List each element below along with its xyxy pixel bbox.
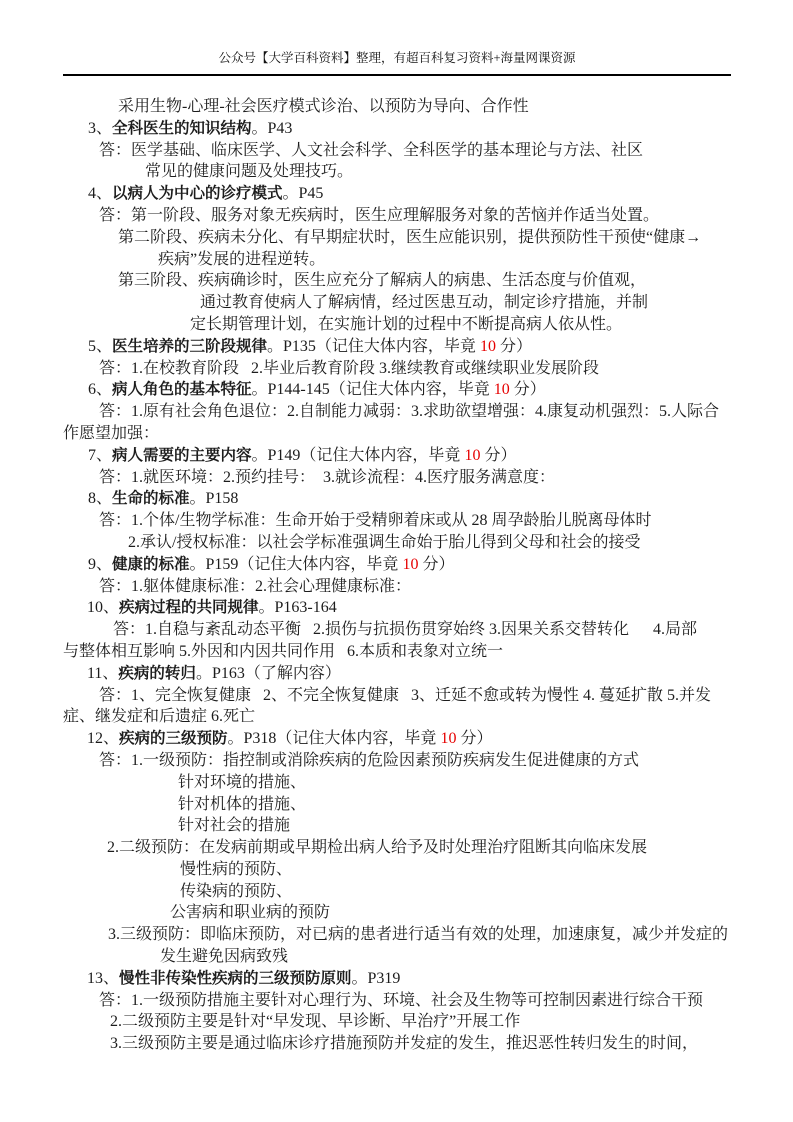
text-segment: 答：第一阶段、服务对象无疾病时，医生应理解服务对象的苦恼并作适当处置。 — [99, 207, 659, 224]
text-line: 答：1.一级预防：指控制或消除疾病的危险因素预防疾病发生促进健康的方式 — [63, 750, 763, 772]
text-line: 答：医学基础、临床医学、人文社会科学、全科医学的基本理论与方法、社区 — [63, 140, 763, 162]
text-segment: 采用生物-心理-社会医疗模式诊治、以预防为导向、合作性 — [118, 98, 529, 115]
text-line: 5、医生培养的三阶段规律。P135（记住大体内容，毕竟 10 分） — [63, 336, 763, 358]
text-line: 第二阶段、疾病未分化、有早期症状时，医生应能识别，提供预防性干预使“健康→ — [63, 227, 763, 249]
header-divider — [63, 74, 731, 76]
text-line: 9、健康的标准。P159（记住大体内容，毕竟 10 分） — [63, 554, 763, 576]
text-segment: 答：1.个体/生物学标准：生命开始于受精卵着床或从 28 周孕龄胎儿脱离母体时 — [99, 512, 651, 529]
text-line: 通过教育使病人了解病情，经过医患互动，制定诊疗措施，并制 — [63, 292, 763, 314]
text-line: 3.三级预防：即临床预防，对已病的患者进行适当有效的处理，加速康复，减少并发症的 — [63, 924, 763, 946]
text-line: 定长期管理计划，在实施计划的过程中不断提高病人依从性。 — [63, 314, 763, 336]
text-segment: 慢性病的预防、 — [180, 861, 292, 878]
text-segment: 答：1.原有社会角色退位：2.自制能力减弱：3.求助欲望增强：4.康复动机强烈：… — [99, 403, 719, 420]
text-line: 发生避免因病致残 — [63, 946, 763, 968]
text-line: 与整体相互影响 5.外因和内因共同作用 6.本质和表象对立统一 — [63, 641, 763, 663]
text-segment: 发生避免因病致残 — [160, 948, 288, 965]
text-line: 答：1.自稳与紊乱动态平衡 2.损伤与抗损伤贯穿始终 3.因果关系交替转化 4.… — [63, 619, 763, 641]
question-title-text: 病人角色的基本特征 — [112, 381, 252, 398]
text-segment: 分） — [510, 381, 546, 398]
text-segment: 传染病的预防、 — [180, 883, 292, 900]
text-line: 8、生命的标准。P158 — [63, 488, 763, 510]
question-title-text: 疾病过程的共同规律 — [119, 599, 259, 616]
text-segment: 3.三级预防：即临床预防，对已病的患者进行适当有效的处理，加速康复，减少并发症的 — [108, 926, 728, 943]
text-segment: 8、 — [88, 490, 112, 507]
text-line: 答：1.就医环境：2.预约挂号： 3.就诊流程：4.医疗服务满意度： — [63, 467, 763, 489]
text-line: 12、疾病的三级预防。P318（记住大体内容，毕竟 10 分） — [63, 728, 763, 750]
text-segment: 。P163-164 — [259, 599, 337, 616]
text-segment: 答：1.一级预防措施主要针对心理行为、环境、社会及生物等可控制因素进行综合干预 — [99, 992, 703, 1009]
text-segment: 。P158 — [190, 490, 239, 507]
text-segment: 2.二级预防：在发病前期或早期检出病人给予及时处理治疗阻断其向临床发展 — [107, 839, 647, 856]
text-segment: 第二阶段、疾病未分化、有早期症状时，医生应能识别，提供预防性干预使“健康→ — [118, 229, 701, 246]
text-segment: 。P45 — [283, 185, 324, 202]
text-segment: 分） — [418, 556, 454, 573]
text-line: 常见的健康问题及处理技巧。 — [63, 161, 763, 183]
text-segment: 答：1.一级预防：指控制或消除疾病的危险因素预防疾病发生促进健康的方式 — [99, 752, 639, 769]
text-segment: 答：1.自稳与紊乱动态平衡 2.损伤与抗损伤贯穿始终 3.因果关系交替转化 4.… — [113, 621, 697, 638]
score-highlight-text: 10 — [480, 338, 496, 355]
text-segment: 答：1.躯体健康标准：2.社会心理健康标准： — [99, 578, 411, 595]
text-line: 答：1、完全恢复健康 2、不完全恢复健康 3、迁延不愈或转为慢性 4. 蔓延扩散… — [63, 685, 763, 707]
text-segment: 分） — [480, 447, 516, 464]
question-title-text: 医生培养的三阶段规律 — [112, 338, 267, 355]
text-segment: 。P163（了解内容） — [196, 665, 341, 682]
text-segment: 针对机体的措施、 — [178, 796, 306, 813]
text-segment: 11、 — [87, 665, 118, 682]
text-segment: 答：医学基础、临床医学、人文社会科学、全科医学的基本理论与方法、社区 — [99, 142, 643, 159]
score-highlight-text: 10 — [464, 447, 480, 464]
question-title-text: 生命的标准 — [112, 490, 190, 507]
text-segment: 13、 — [87, 970, 119, 987]
text-segment: 9、 — [88, 556, 112, 573]
question-title-text: 病人需要的主要内容 — [112, 447, 252, 464]
text-segment: 4、 — [88, 185, 112, 202]
text-line: 答：1.躯体健康标准：2.社会心理健康标准： — [63, 576, 763, 598]
text-segment: 。P318（记住大体内容，毕竟 — [228, 730, 441, 747]
text-line: 2.二级预防主要是针对“早发现、早诊断、早治疗”开展工作 — [63, 1011, 763, 1033]
text-segment: 。P159（记住大体内容，毕竟 — [190, 556, 403, 573]
text-line: 3.三级预防主要是通过临床诊疗措施预防并发症的发生，推迟恶性转归发生的时间， — [63, 1033, 763, 1055]
text-line: 传染病的预防、 — [63, 881, 763, 903]
text-segment: 3.三级预防主要是通过临床诊疗措施预防并发症的发生，推迟恶性转归发生的时间， — [110, 1035, 698, 1052]
text-segment: 针对环境的措施、 — [178, 774, 306, 791]
text-segment: 答：1.就医环境：2.预约挂号： 3.就诊流程：4.医疗服务满意度： — [99, 469, 555, 486]
question-title-text: 疾病的转归 — [118, 665, 196, 682]
text-line: 6、病人角色的基本特征。P144-145（记住大体内容，毕竟 10 分） — [63, 379, 763, 401]
text-line: 答：第一阶段、服务对象无疾病时，医生应理解服务对象的苦恼并作适当处置。 — [63, 205, 763, 227]
text-line: 症、继发症和后遗症 6.死亡 — [63, 706, 763, 728]
text-line: 答：1.一级预防措施主要针对心理行为、环境、社会及生物等可控制因素进行综合干预 — [63, 990, 763, 1012]
score-highlight-text: 10 — [440, 730, 456, 747]
score-highlight-text: 10 — [402, 556, 418, 573]
question-title-text: 全科医生的知识结构 — [112, 120, 252, 137]
text-segment: 2.承认/授权标准：以社会学标准强调生命始于胎儿得到父母和社会的接受 — [128, 534, 640, 551]
text-line: 针对机体的措施、 — [63, 794, 763, 816]
text-line: 2.二级预防：在发病前期或早期检出病人给予及时处理治疗阻断其向临床发展 — [63, 837, 763, 859]
text-segment: 。P319 — [352, 970, 401, 987]
text-line: 针对环境的措施、 — [63, 772, 763, 794]
text-segment: 12、 — [87, 730, 119, 747]
text-line: 13、慢性非传染性疾病的三级预防原则。P319 — [63, 968, 763, 990]
text-line: 针对社会的措施 — [63, 815, 763, 837]
text-line: 11、疾病的转归。P163（了解内容） — [63, 663, 763, 685]
text-segment: 答：1.在校教育阶段 2.毕业后教育阶段 3.继续教育或继续职业发展阶段 — [99, 360, 599, 377]
text-segment: 常见的健康问题及处理技巧。 — [145, 163, 353, 180]
text-segment: 。P149（记住大体内容，毕竟 — [252, 447, 465, 464]
document-page: 公众号【大学百科资料】整理，有超百科复习资料+海量网课资源 采用生物-心理-社会… — [0, 0, 793, 1122]
text-segment: 。P144-145（记住大体内容，毕竟 — [252, 381, 494, 398]
text-segment: 7、 — [88, 447, 112, 464]
text-line: 答：1.原有社会角色退位：2.自制能力减弱：3.求助欲望增强：4.康复动机强烈：… — [63, 401, 763, 423]
text-line: 疾病”发展的进程逆转。 — [63, 249, 763, 271]
text-segment: 。P135（记住大体内容，毕竟 — [267, 338, 480, 355]
text-segment: 疾病”发展的进程逆转。 — [158, 251, 325, 268]
text-segment: 公害病和职业病的预防 — [170, 904, 330, 921]
text-segment: 答：1、完全恢复健康 2、不完全恢复健康 3、迁延不愈或转为慢性 4. 蔓延扩散… — [99, 687, 711, 704]
text-line: 答：1.个体/生物学标准：生命开始于受精卵着床或从 28 周孕龄胎儿脱离母体时 — [63, 510, 763, 532]
text-line: 公害病和职业病的预防 — [63, 902, 763, 924]
question-title-text: 疾病的三级预防 — [119, 730, 228, 747]
question-title-text: 慢性非传染性疾病的三级预防原则 — [119, 970, 352, 987]
document-body: 采用生物-心理-社会医疗模式诊治、以预防为导向、合作性3、全科医生的知识结构。P… — [63, 96, 763, 1055]
text-line: 第三阶段、疾病确诊时，医生应充分了解病人的病患、生活态度与价值观， — [63, 270, 763, 292]
text-segment: 。P43 — [252, 120, 293, 137]
question-title-text: 健康的标准 — [112, 556, 190, 573]
text-segment: 2.二级预防主要是针对“早发现、早诊断、早治疗”开展工作 — [110, 1013, 520, 1030]
text-line: 慢性病的预防、 — [63, 859, 763, 881]
text-segment: 症、继发症和后遗症 6.死亡 — [63, 708, 255, 725]
text-segment: 作愿望加强： — [63, 425, 159, 442]
text-line: 3、全科医生的知识结构。P43 — [63, 118, 763, 140]
text-line: 4、以病人为中心的诊疗模式。P45 — [63, 183, 763, 205]
score-highlight-text: 10 — [494, 381, 510, 398]
text-segment: 5、 — [88, 338, 112, 355]
text-line: 2.承认/授权标准：以社会学标准强调生命始于胎儿得到父母和社会的接受 — [63, 532, 763, 554]
text-segment: 通过教育使病人了解病情，经过医患互动，制定诊疗措施，并制 — [200, 294, 648, 311]
text-line: 答：1.在校教育阶段 2.毕业后教育阶段 3.继续教育或继续职业发展阶段 — [63, 358, 763, 380]
text-line: 10、疾病过程的共同规律。P163-164 — [63, 597, 763, 619]
text-segment: 10、 — [87, 599, 119, 616]
page-header-text: 公众号【大学百科资料】整理，有超百科复习资料+海量网课资源 — [63, 50, 731, 67]
text-segment: 6、 — [88, 381, 112, 398]
text-segment: 定长期管理计划，在实施计划的过程中不断提高病人依从性。 — [190, 316, 622, 333]
text-line: 作愿望加强： — [63, 423, 763, 445]
text-line: 7、病人需要的主要内容。P149（记住大体内容，毕竟 10 分） — [63, 445, 763, 467]
question-title-text: 以病人为中心的诊疗模式 — [112, 185, 283, 202]
text-segment: 3、 — [88, 120, 112, 137]
text-segment: 分） — [456, 730, 492, 747]
text-segment: 分） — [496, 338, 532, 355]
text-segment: 针对社会的措施 — [178, 817, 290, 834]
text-line: 采用生物-心理-社会医疗模式诊治、以预防为导向、合作性 — [63, 96, 763, 118]
text-segment: 与整体相互影响 5.外因和内因共同作用 6.本质和表象对立统一 — [63, 643, 503, 660]
text-segment: 第三阶段、疾病确诊时，医生应充分了解病人的病患、生活态度与价值观， — [118, 272, 646, 289]
